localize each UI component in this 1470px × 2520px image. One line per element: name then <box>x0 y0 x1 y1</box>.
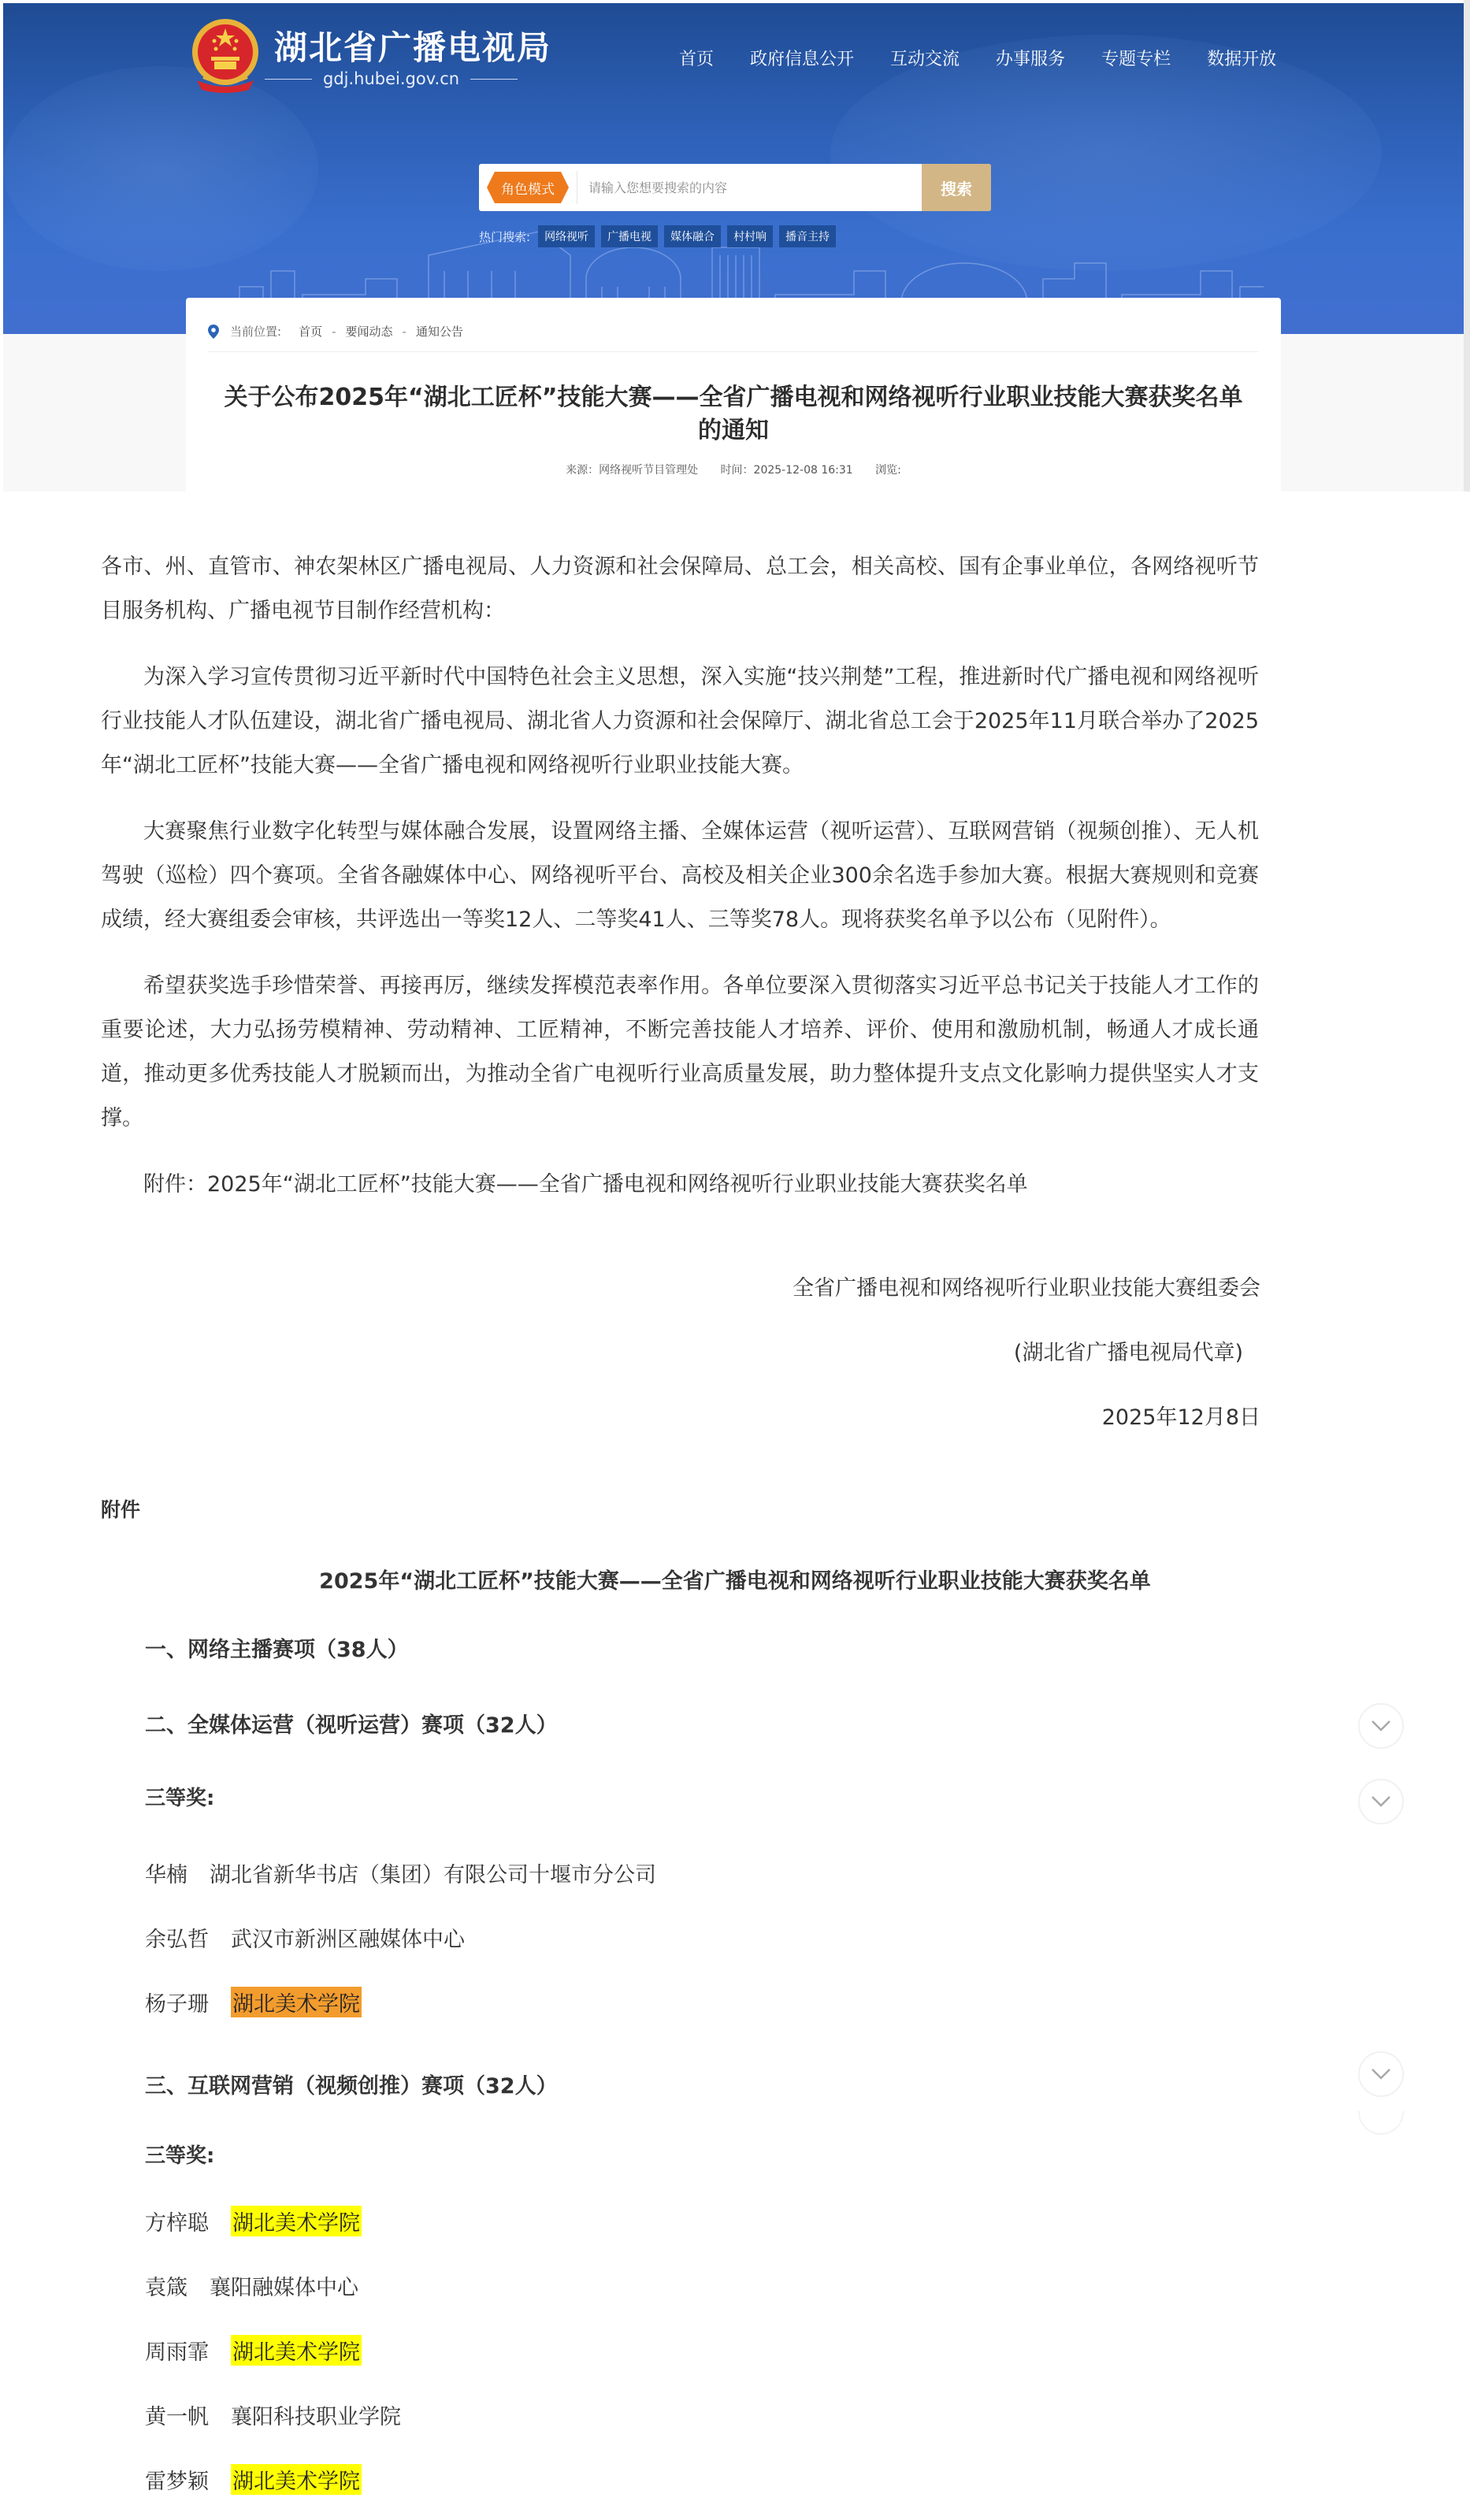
chevron-down-icon <box>1371 1720 1391 1732</box>
hot-tag[interactable]: 播音主持 <box>779 225 836 247</box>
winner-row: 方梓聪 湖北美术学院 <box>145 2206 362 2236</box>
scrollbar-track[interactable] <box>1464 0 1470 492</box>
winner-name: 余弘哲 <box>145 1922 209 1953</box>
signature-org: 全省广播电视和网络视听行业职业技能大赛组委会 <box>101 1267 1260 1311</box>
role-mode-button[interactable]: 角色模式 <box>487 172 569 203</box>
section-heading: 三、互联网营销（视频创推）赛项（32人） <box>145 2069 558 2099</box>
winner-row: 袁箴 襄阳融媒体中心 <box>145 2270 358 2301</box>
header-banner: 湖北省广播电视局 gdj.hubei.gov.cn 首页 政府信息公开 互动交流… <box>3 3 1464 334</box>
article-time: 时间：2025-12-08 16:31 <box>721 464 853 477</box>
section-heading: 二、全媒体运营（视听运营）赛项（32人） <box>145 1708 558 1739</box>
signature-seal: (湖北省广播电视局代章) <box>101 1331 1243 1375</box>
expand-button[interactable] <box>1358 1703 1404 1749</box>
article-views: 浏览: <box>875 464 901 477</box>
article-meta: 来源：网络视听节目管理处 时间：2025-12-08 16:31 浏览: <box>186 462 1281 477</box>
winner-org: 武汉市新洲区融媒体中心 <box>231 1922 465 1953</box>
breadcrumb-separator: - <box>332 325 336 339</box>
page-background <box>3 334 186 492</box>
winner-name: 杨子珊 <box>145 1987 209 2017</box>
winner-name: 雷梦颖 <box>145 2464 209 2495</box>
main-nav: 首页 政府信息公开 互动交流 办事服务 专题专栏 数据开放 <box>679 46 1312 70</box>
winner-name: 周雨霏 <box>145 2335 209 2366</box>
winner-name: 华楠 <box>145 1858 187 1888</box>
article-source: 来源：网络视听节目管理处 <box>566 464 698 477</box>
winner-org: 湖北省新华书店（集团）有限公司十堰市分公司 <box>210 1858 656 1888</box>
winner-org-highlighted: 湖北美术学院 <box>231 2464 362 2495</box>
breadcrumb-label: 当前位置: <box>230 323 281 340</box>
breadcrumb-news[interactable]: 要闻动态 <box>346 323 393 340</box>
partial-expand-button[interactable] <box>1358 2111 1404 2135</box>
nav-interaction[interactable]: 互动交流 <box>890 46 960 70</box>
winner-name: 袁箴 <box>145 2270 187 2301</box>
hot-tag[interactable]: 媒体融合 <box>664 225 721 247</box>
breadcrumb-home[interactable]: 首页 <box>299 323 322 340</box>
winner-org-highlighted: 湖北美术学院 <box>231 1987 362 2017</box>
signature-date: 2025年12月8日 <box>101 1396 1260 1440</box>
article-header-card: 当前位置: 首页 - 要闻动态 - 通知公告 关于公布2025年“湖北工匠杯”技… <box>186 298 1281 492</box>
national-emblem-icon <box>189 17 262 93</box>
expand-button[interactable] <box>1358 1779 1404 1824</box>
decorative-line <box>470 79 518 80</box>
attachment-label: 附件 <box>101 1494 140 1523</box>
section-heading: 一、网络主播赛项（38人） <box>145 1632 409 1663</box>
winner-row: 雷梦颖 湖北美术学院 <box>145 2464 362 2495</box>
decorative-line <box>265 79 312 80</box>
nav-open-data[interactable]: 数据开放 <box>1207 46 1276 70</box>
search-input[interactable] <box>577 164 922 211</box>
breadcrumb-separator: - <box>403 325 406 339</box>
location-pin-icon <box>208 325 219 339</box>
article-body: 各市、州、直管市、神农架林区广播电视局、人力资源和社会保障局、总工会，相关高校、… <box>101 545 1259 1207</box>
paragraph: 大赛聚焦行业数字化转型与媒体融合发展，设置网络主播、全媒体运营（视听运营）、互联… <box>101 810 1259 942</box>
winner-row: 余弘哲 武汉市新洲区融媒体中心 <box>145 1922 465 1953</box>
site-domain: gdj.hubei.gov.cn <box>265 69 518 88</box>
winner-org-highlighted: 湖北美术学院 <box>231 2206 362 2236</box>
breadcrumb-notices[interactable]: 通知公告 <box>416 323 463 340</box>
expand-button[interactable] <box>1358 2051 1404 2097</box>
winner-org: 襄阳科技职业学院 <box>231 2399 401 2430</box>
divider <box>208 351 1259 352</box>
winner-org: 襄阳融媒体中心 <box>210 2270 358 2301</box>
hot-tag[interactable]: 网络视听 <box>538 225 595 247</box>
attachment-reference: 附件：2025年“湖北工匠杯”技能大赛——全省广播电视和网络视听行业职业技能大赛… <box>101 1163 1259 1207</box>
search-bar: 角色模式 搜索 <box>479 164 991 211</box>
nav-gov-info[interactable]: 政府信息公开 <box>750 46 854 70</box>
chevron-down-icon <box>1371 2068 1391 2080</box>
winner-name: 黄一帆 <box>145 2399 209 2430</box>
award-level: 三等奖: <box>145 1782 214 1811</box>
breadcrumb: 当前位置: 首页 - 要闻动态 - 通知公告 <box>208 323 463 340</box>
chevron-down-icon <box>1371 1795 1391 1808</box>
winner-row: 华楠 湖北省新华书店（集团）有限公司十堰市分公司 <box>145 1858 656 1888</box>
winner-row: 黄一帆 襄阳科技职业学院 <box>145 2399 401 2430</box>
site-title: 湖北省广播电视局 <box>274 22 551 69</box>
article-title: 关于公布2025年“湖北工匠杯”技能大赛——全省广播电视和网络视听行业职业技能大… <box>217 381 1249 447</box>
paragraph-salutation: 各市、州、直管市、神农架林区广播电视局、人力资源和社会保障局、总工会，相关高校、… <box>101 545 1259 633</box>
hot-tag[interactable]: 广播电视 <box>601 225 658 247</box>
winner-row: 周雨霏 湖北美术学院 <box>145 2335 362 2366</box>
paragraph: 为深入学习宣传贯彻习近平新时代中国特色社会主义思想，深入实施“技兴荆楚”工程，推… <box>101 655 1259 788</box>
award-level: 三等奖: <box>145 2140 214 2169</box>
site-domain-text: gdj.hubei.gov.cn <box>323 69 459 88</box>
page-background <box>1281 334 1464 492</box>
nav-home[interactable]: 首页 <box>679 46 714 70</box>
paragraph: 希望获奖选手珍惜荣誉、再接再厉，继续发挥模范表率作用。各单位要深入贯彻落实习近平… <box>101 964 1259 1141</box>
nav-topics[interactable]: 专题专栏 <box>1101 46 1171 70</box>
winner-org-highlighted: 湖北美术学院 <box>231 2335 362 2366</box>
search-button[interactable]: 搜索 <box>922 164 991 211</box>
nav-services[interactable]: 办事服务 <box>996 46 1065 70</box>
hot-searches: 热门搜索: 网络视听 广播电视 媒体融合 村村响 播音主持 <box>479 225 836 247</box>
winner-row: 杨子珊 湖北美术学院 <box>145 1987 362 2017</box>
winner-name: 方梓聪 <box>145 2206 209 2236</box>
attachment-title: 2025年“湖北工匠杯”技能大赛——全省广播电视和网络视听行业职业技能大赛获奖名… <box>0 1564 1470 1594</box>
hot-search-label: 热门搜索: <box>479 228 530 245</box>
hot-tag[interactable]: 村村响 <box>727 225 773 247</box>
